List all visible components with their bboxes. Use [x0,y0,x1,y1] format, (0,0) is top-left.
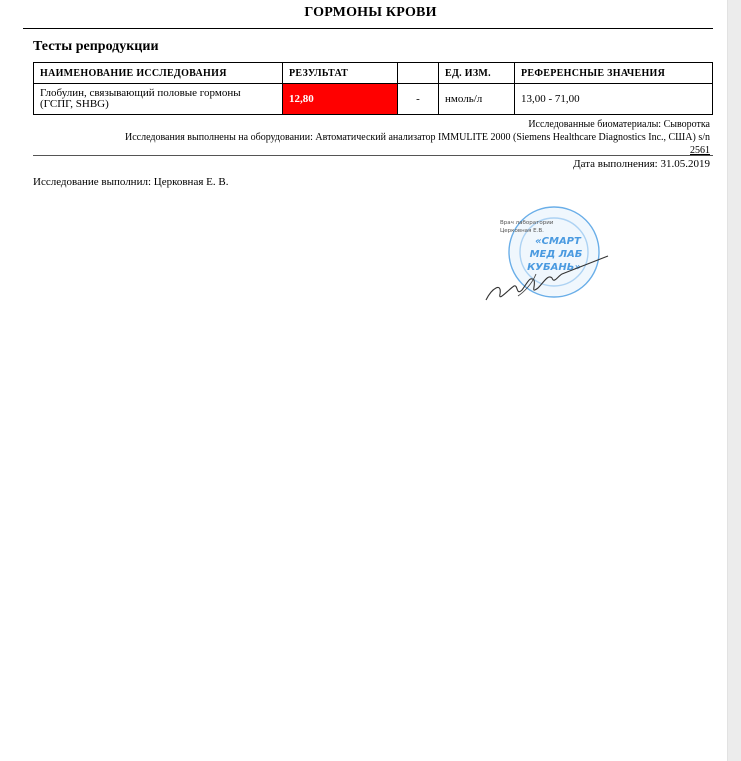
table-header-row: НАИМЕНОВАНИЕ ИССЛЕДОВАНИЯ РЕЗУЛЬТАТ ЕД. … [34,63,713,84]
section-title: Тесты репродукции [33,39,159,55]
test-name-line2: (ГСПГ, SHBG) [40,98,109,110]
svg-text:МЕД ЛАБ: МЕД ЛАБ [530,249,583,260]
svg-text:Церковная Е.В.: Церковная Е.В. [500,228,544,234]
unit-cell: нмоль/л [439,84,515,115]
stamp-signature: «СМАРТ МЕД ЛАБ КУБАНЬ» Врач лаборатории … [478,204,618,308]
equipment-note: Исследования выполнены на оборудовании: … [125,132,710,143]
table-row: Глобулин, связывающий половые гормоны (Г… [34,84,713,115]
meta-divider [33,155,713,156]
reference-cell: 13,00 - 71,00 [515,84,713,115]
execution-date: Дата выполнения: 31.05.2019 [573,158,710,170]
results-table: НАИМЕНОВАНИЕ ИССЛЕДОВАНИЯ РЕЗУЛЬТАТ ЕД. … [33,62,713,115]
svg-text:«СМАРТ: «СМАРТ [535,236,582,247]
header-reference: РЕФЕРЕНСНЫЕ ЗНАЧЕНИЯ [515,63,713,84]
flag-cell: - [398,84,439,115]
header-result: РЕЗУЛЬТАТ [283,63,398,84]
title-divider [23,28,713,29]
test-name-cell: Глобулин, связывающий половые гормоны (Г… [34,84,283,115]
biomaterial-note: Исследованные биоматериалы: Сыворотка [528,119,710,130]
performer-note: Исследование выполнил: Церковная Е. В. [33,176,228,188]
result-value-cell: 12,80 [283,84,398,115]
svg-text:КУБАНЬ»: КУБАНЬ» [527,262,581,273]
svg-text:Врач лаборатории: Врач лаборатории [500,220,554,226]
seal-icon: «СМАРТ МЕД ЛАБ КУБАНЬ» Врач лаборатории … [478,204,618,308]
scrollbar-track[interactable] [727,0,741,761]
header-flag [398,63,439,84]
header-name: НАИМЕНОВАНИЕ ИССЛЕДОВАНИЯ [34,63,283,84]
header-unit: ЕД. ИЗМ. [439,63,515,84]
document-title: ГОРМОНЫ КРОВИ [0,5,741,21]
